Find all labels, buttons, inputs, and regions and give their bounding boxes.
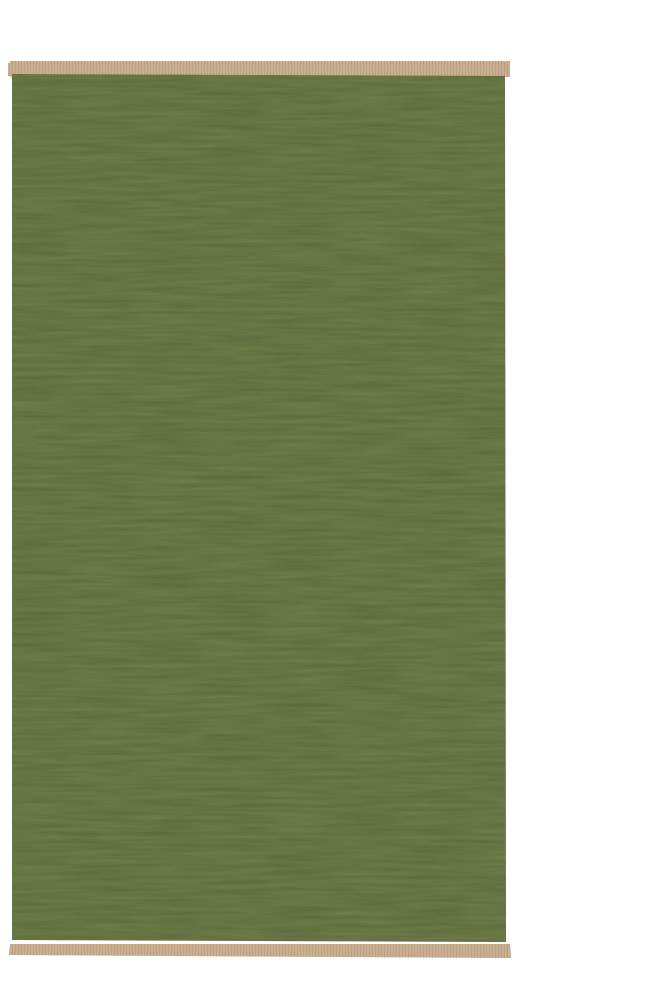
green-border	[12, 74, 506, 942]
rug-photo	[0, 0, 667, 1000]
bottom-fringe	[9, 944, 511, 958]
